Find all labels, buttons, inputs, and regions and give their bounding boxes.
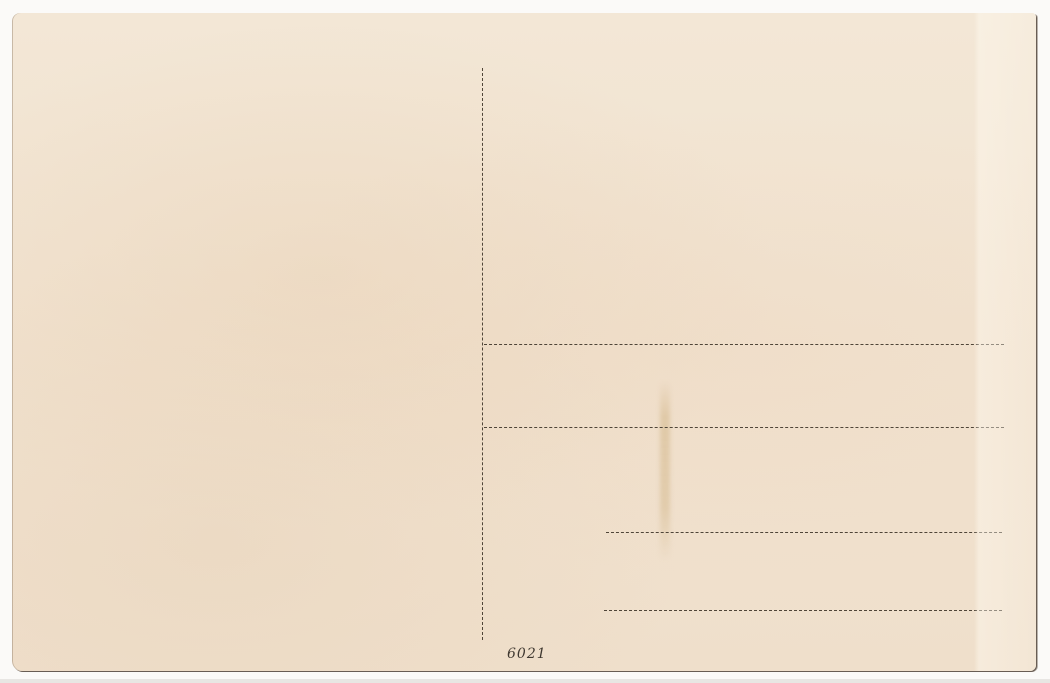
address-line-3: [606, 532, 1002, 533]
paper-stain: [660, 381, 670, 561]
postcard-back: 6021: [12, 13, 1036, 671]
scanner-edge: [0, 679, 1050, 683]
scanned-postcard-back: 6021: [0, 0, 1050, 683]
address-line-1: [484, 344, 1004, 345]
address-line-4: [604, 610, 1002, 611]
serial-number: 6021: [507, 646, 547, 662]
address-line-2: [484, 427, 1004, 428]
message-address-divider: [482, 68, 483, 640]
